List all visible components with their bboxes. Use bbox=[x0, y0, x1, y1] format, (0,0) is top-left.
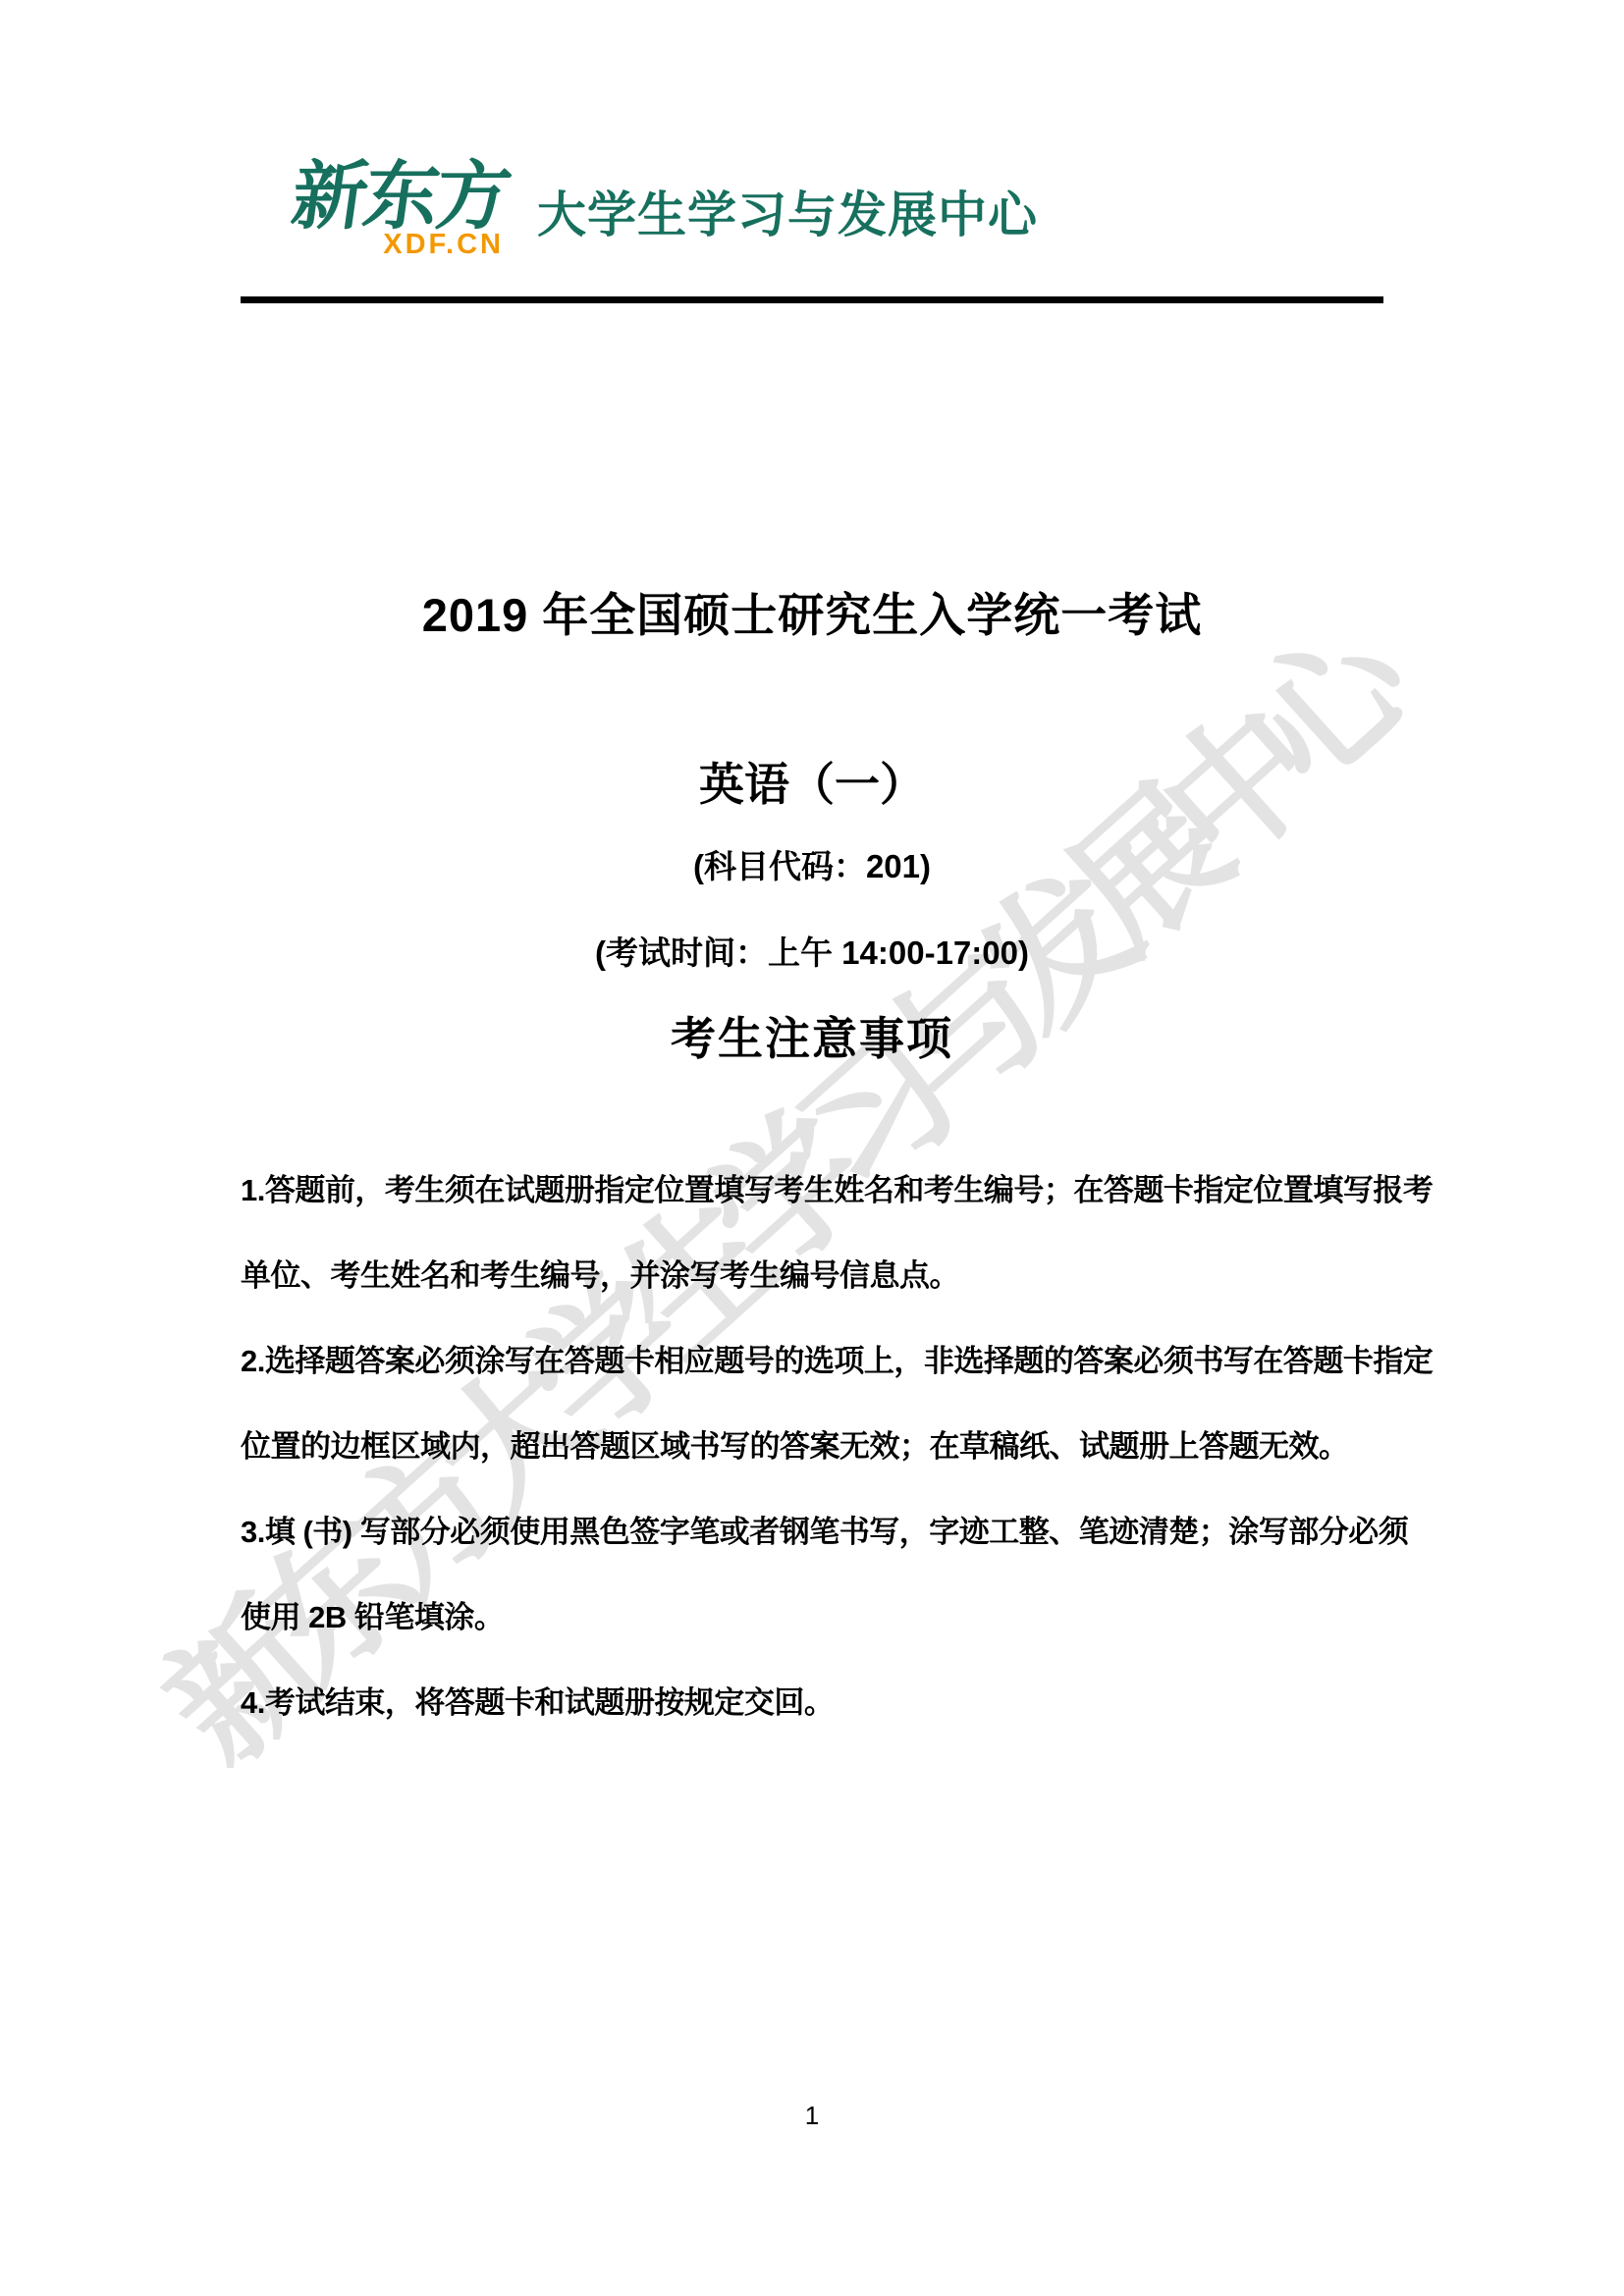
notice-line: 1.答题前，考生须在试题册指定位置填写考生姓名和考生编号；在答题卡指定位置填写报… bbox=[241, 1174, 1389, 1206]
exam-time: (考试时间：上午 14:00-17:00) bbox=[0, 928, 1624, 974]
main-title: 2019 年全国硕士研究生入学统一考试 bbox=[0, 579, 1624, 645]
notice-line: 使用 2B 铅笔填涂。 bbox=[241, 1601, 1389, 1633]
notice-line: 2.选择题答案必须涂写在答题卡相应题号的选项上，非选择题的答案必须书写在答题卡指… bbox=[241, 1345, 1389, 1377]
notice-line: 位置的边框区域内，超出答题区域书写的答案无效；在草稿纸、试题册上答题无效。 bbox=[241, 1430, 1389, 1463]
logo-brand-text: 新东方 bbox=[288, 162, 513, 233]
notice-line: 4.考试结束，将答题卡和试题册按规定交回。 bbox=[241, 1686, 1389, 1719]
header-divider bbox=[241, 296, 1383, 303]
org-name-text: 大学生学习与发展中心 bbox=[537, 162, 1038, 246]
subject-title: 英语（一） bbox=[0, 749, 1624, 814]
xdf-logo: 新东方 XDF.CN bbox=[293, 162, 508, 261]
header: 新东方 XDF.CN 大学生学习与发展中心 bbox=[293, 162, 1038, 261]
page-number: 1 bbox=[0, 2101, 1624, 2131]
subject-code: (科目代码：201) bbox=[0, 841, 1624, 887]
notice-list: 1.答题前，考生须在试题册指定位置填写考生姓名和考生编号；在答题卡指定位置填写报… bbox=[241, 1174, 1389, 1772]
notice-heading: 考生注意事项 bbox=[0, 1003, 1624, 1068]
notice-line: 3.填 (书) 写部分必须使用黑色签字笔或者钢笔书写，字迹工整、笔迹清楚；涂写部… bbox=[241, 1516, 1389, 1548]
exam-cover-page: 新东方大学生学习与发展中心 新东方 XDF.CN 大学生学习与发展中心 2019… bbox=[0, 0, 1624, 2296]
notice-line: 单位、考生姓名和考生编号，并涂写考生编号信息点。 bbox=[241, 1259, 1389, 1292]
